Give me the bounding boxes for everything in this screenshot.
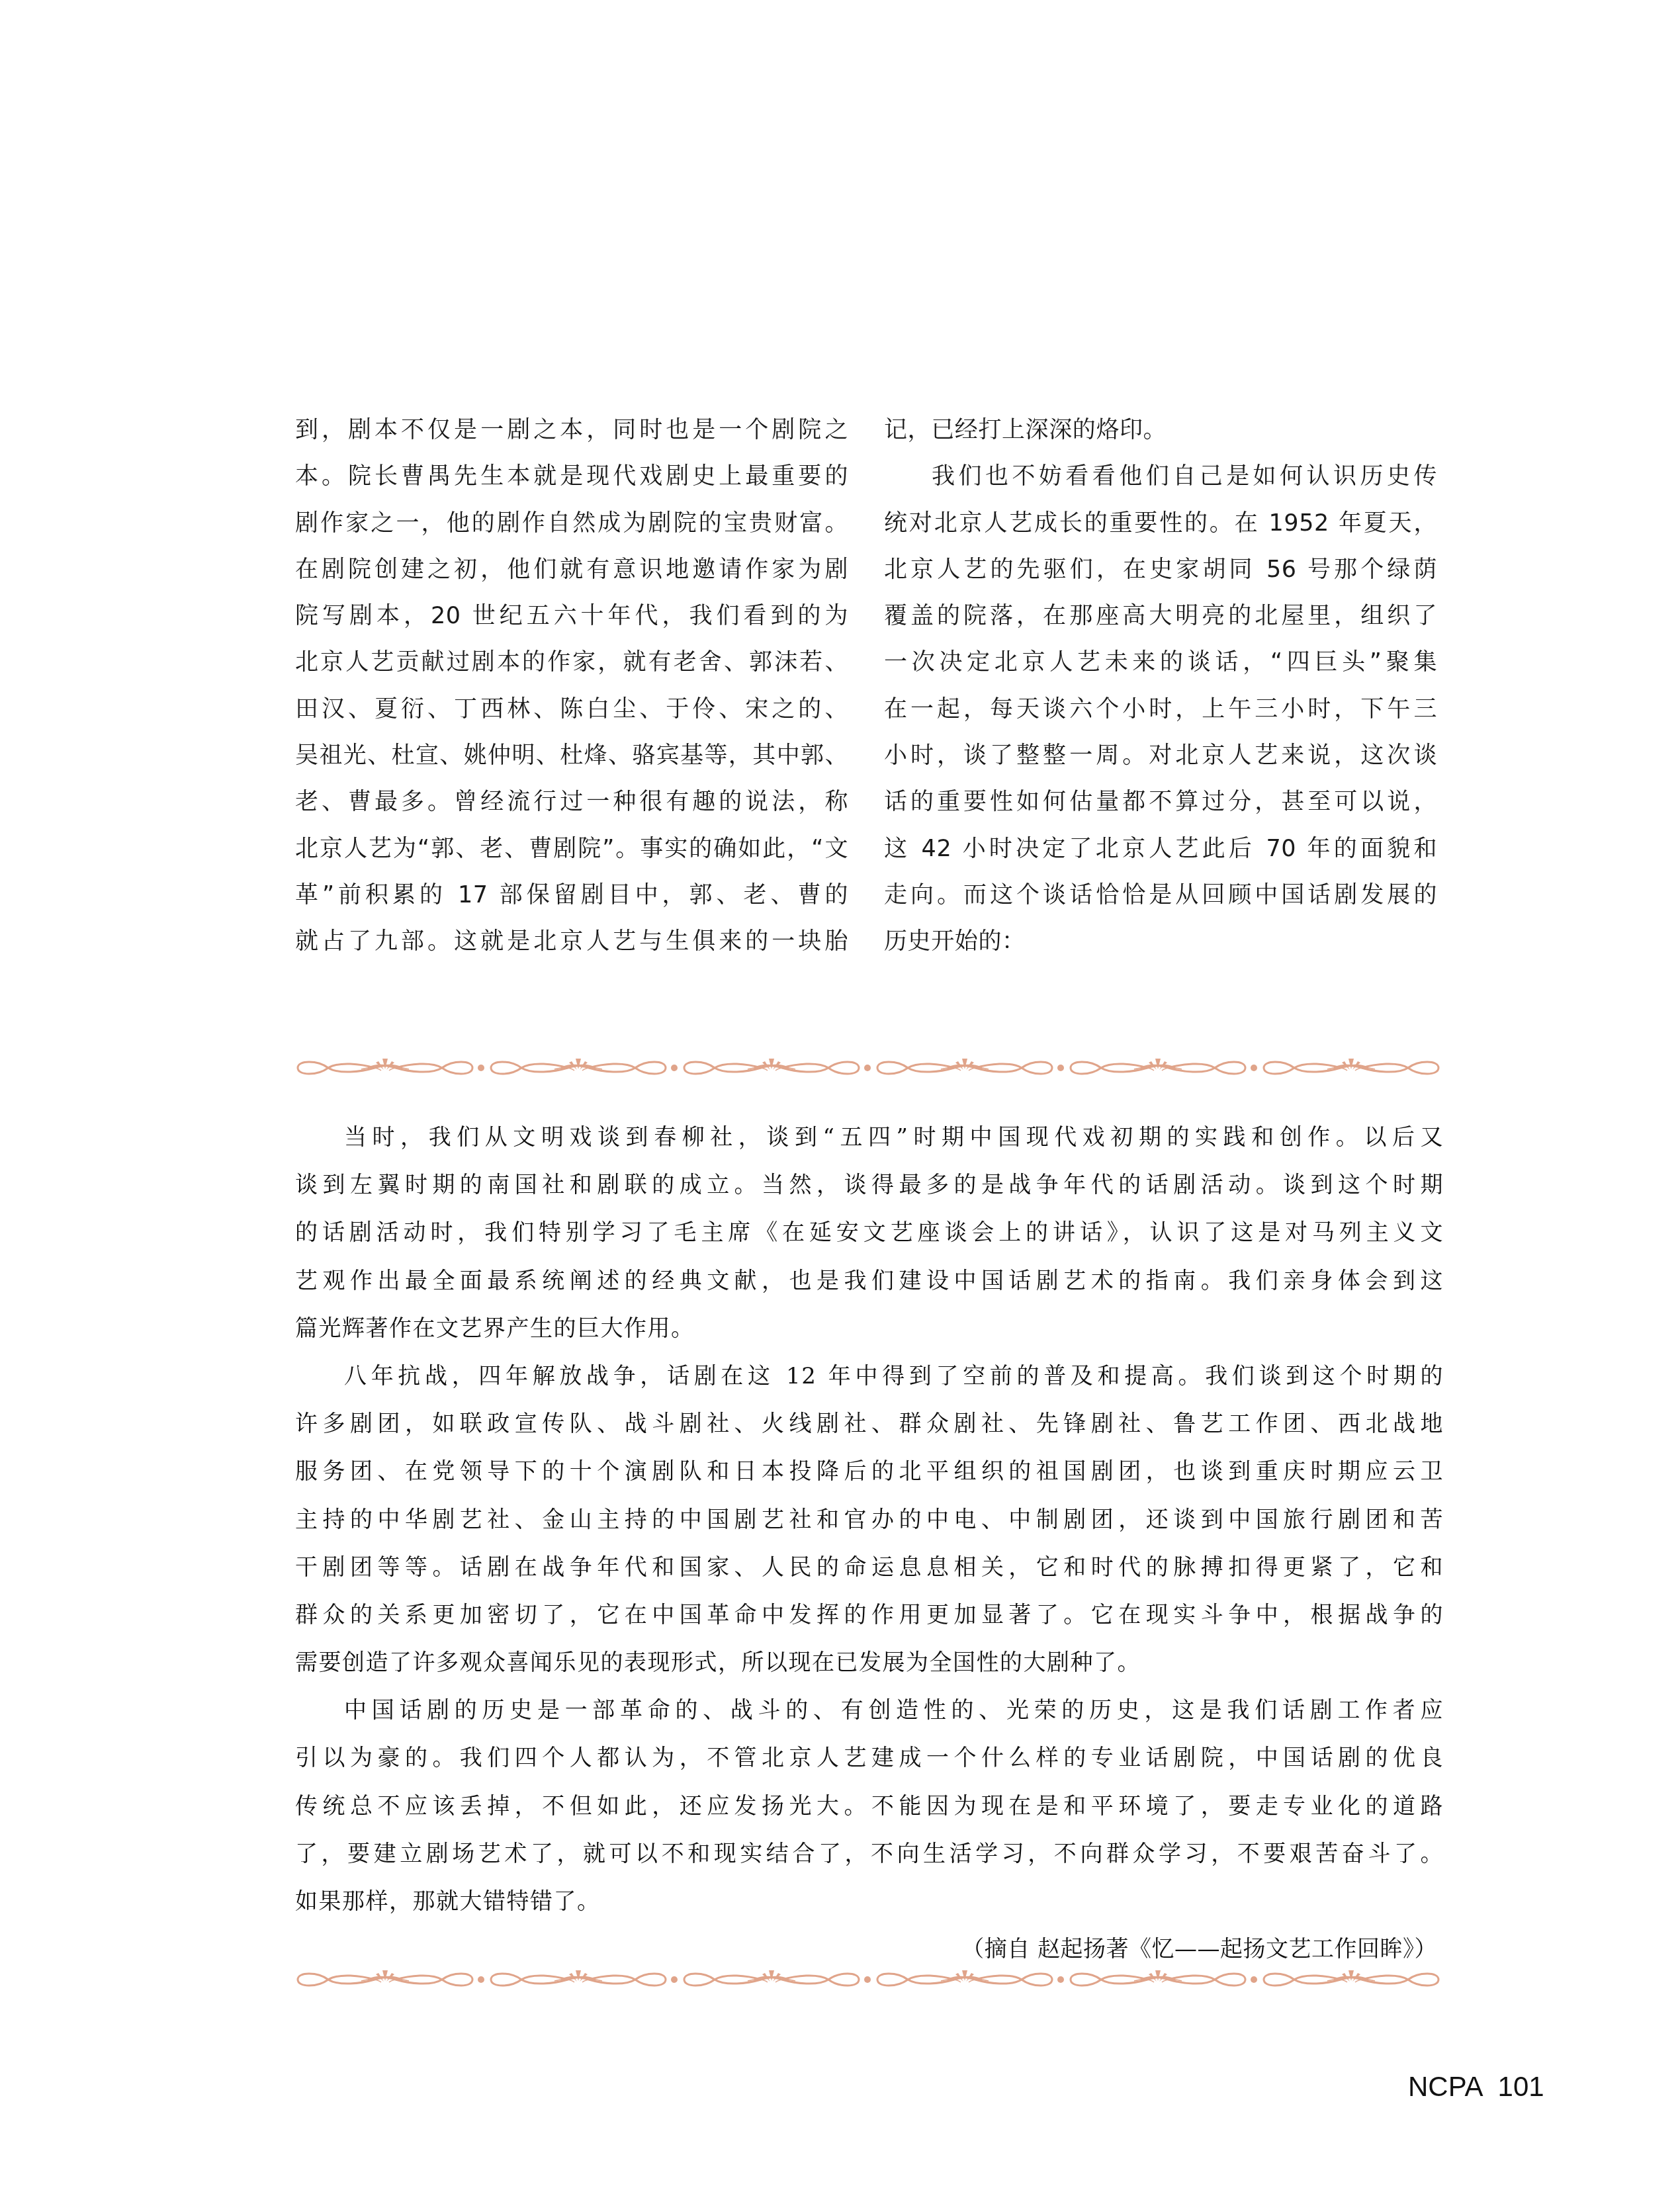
text-line: 许多剧团，如联政宣传队、战斗剧社、火线剧社、群众剧社、先锋剧社、鲁艺工作团、西北…: [295, 1405, 1444, 1452]
text-line: 主持的中华剧艺社、金山主持的中国剧艺社和官办的中电、中制剧团，还谈到中国旅行剧团…: [295, 1501, 1444, 1548]
magazine-page: 到，剧本不仅是一剧之本，同时也是一个剧院之 本。院长曹禺先生本就是现代戏剧史上最…: [0, 0, 1680, 2188]
text-line: 北京人艺的先驱们，在史家胡同 56 号那个绿荫: [884, 551, 1437, 597]
text-line: 一次决定北京人艺未来的谈话，“四巨头”聚集: [884, 644, 1437, 690]
text-line: 如果那样，那就大错特错了。: [295, 1882, 1444, 1930]
text-line: 北京人艺为“郭、老、曹剧院”。事实的确如此，“文: [295, 830, 848, 877]
paragraph-first-line: 我们也不妨看看他们自己是如何认识历史传: [884, 458, 1437, 504]
text-line: 在一起，每天谈六个小时，上午三小时，下午三: [884, 691, 1437, 737]
text-line: 小时，谈了整整一周。对北京人艺来说，这次谈: [884, 737, 1437, 783]
text-line: 的话剧活动时，我们特别学习了毛主席《在延安文艺座谈会上的讲话》，认识了这是对马列…: [295, 1213, 1444, 1261]
text-line: 本。院长曹禺先生本就是现代戏剧史上最重要的: [295, 458, 848, 504]
text-line: 记，已经打上深深的烙印。: [884, 412, 1437, 458]
text-line: 引以为豪的。我们四个人都认为，不管北京人艺建成一个什么样的专业话剧院，中国话剧的…: [295, 1739, 1444, 1786]
text-line: 干剧团等等。话剧在战争年代和国家、人民的命运息息相关，它和时代的脉搏扣得更紧了，…: [295, 1548, 1444, 1596]
text-line: 北京人艺贡献过剧本的作家，就有老舍、郭沫若、: [295, 644, 848, 690]
ornamental-flourish-divider-icon: [295, 1056, 1444, 1077]
text-line: 到，剧本不仅是一剧之本，同时也是一个剧院之: [295, 412, 848, 458]
paragraph-first-line: 中国话剧的历史是一部革命的、战斗的、有创造性的、光荣的历史，这是我们话剧工作者应: [295, 1691, 1444, 1739]
text-line: 剧作家之一，他的剧作自然成为剧院的宝贵财富。: [295, 505, 848, 551]
ornamental-flourish-divider-icon: [295, 1968, 1444, 1989]
ornamental-divider-bottom: [295, 1968, 1444, 1989]
quote-paragraph-2: 八年抗战，四年解放战争，话剧在这 12 年中得到了空前的普及和提高。我们谈到这个…: [295, 1357, 1444, 1691]
text-line: 老、曹最多。曾经流行过一种很有趣的说法，称: [295, 783, 848, 830]
text-line: 院写剧本，20 世纪五六十年代，我们看到的为: [295, 597, 848, 644]
paragraph-first-line: 当时，我们从文明戏谈到春柳社，谈到“五四”时期中国现代戏初期的实践和创作。以后又: [295, 1118, 1444, 1166]
article-right-column: 记，已经打上深深的烙印。 我们也不妨看看他们自己是如何认识历史传 统对北京人艺成…: [884, 412, 1437, 970]
page-number: 101: [1498, 2071, 1544, 2102]
text-line: 走向。而这个谈话恰恰是从回顾中国话剧发展的: [884, 877, 1437, 923]
text-line: 田汉、夏衍、丁西林、陈白尘、于伶、宋之的、: [295, 691, 848, 737]
text-line: 了，要建立剧场艺术了，就可以不和现实结合了，不向生活学习，不向群众学习，不要艰苦…: [295, 1835, 1444, 1882]
paragraph-first-line: 八年抗战，四年解放战争，话剧在这 12 年中得到了空前的普及和提高。我们谈到这个…: [295, 1357, 1444, 1405]
ornamental-divider-top: [295, 1056, 1444, 1077]
quoted-excerpt: 当时，我们从文明戏谈到春柳社，谈到“五四”时期中国现代戏初期的实践和创作。以后又…: [295, 1118, 1444, 1978]
text-line: 这 42 小时决定了北京人艺此后 70 年的面貌和: [884, 830, 1437, 877]
text-line: 历史开始的：: [884, 923, 1437, 969]
article-left-column: 到，剧本不仅是一剧之本，同时也是一个剧院之 本。院长曹禺先生本就是现代戏剧史上最…: [295, 412, 848, 970]
text-line: 就占了九部。这就是北京人艺与生俱来的一块胎: [295, 923, 848, 969]
quote-paragraph-1: 当时，我们从文明戏谈到春柳社，谈到“五四”时期中国现代戏初期的实践和创作。以后又…: [295, 1118, 1444, 1357]
text-line: 群众的关系更加密切了，它在中国革命中发挥的作用更加显著了。它在现实斗争中，根据战…: [295, 1596, 1444, 1643]
text-line: 统对北京人艺成长的重要性的。在 1952 年夏天，: [884, 505, 1437, 551]
text-line: 艺观作出最全面最系统阐述的经典文献，也是我们建设中国话剧艺术的指南。我们亲身体会…: [295, 1262, 1444, 1309]
text-line: 覆盖的院落，在那座高大明亮的北屋里，组织了: [884, 597, 1437, 644]
text-line: 谈到左翼时期的南国社和剧联的成立。当然，谈得最多的是战争年代的话剧活动。谈到这个…: [295, 1166, 1444, 1213]
text-line: 服务团、在党领导下的十个演剧队和日本投降后的北平组织的祖国剧团，也谈到重庆时期应…: [295, 1452, 1444, 1500]
publication-name: NCPA: [1408, 2071, 1483, 2102]
text-line: 革”前积累的 17 部保留剧目中，郭、老、曹的: [295, 877, 848, 923]
text-line: 话的重要性如何估量都不算过分，甚至可以说，: [884, 783, 1437, 830]
text-line: 在剧院创建之初，他们就有意识地邀请作家为剧: [295, 551, 848, 597]
text-line: 吴祖光、杜宣、姚仲明、杜烽、骆宾基等，其中郭、: [295, 737, 848, 783]
text-line: 需要创造了许多观众喜闻乐见的表现形式，所以现在已发展为全国性的大剧种了。: [295, 1643, 1444, 1691]
text-line: 传统总不应该丢掉，不但如此，还应发扬光大。不能因为现在是和平环境了，要走专业化的…: [295, 1787, 1444, 1835]
page-folio: NCPA101: [1408, 2071, 1544, 2103]
text-line: 篇光辉著作在文艺界产生的巨大作用。: [295, 1309, 1444, 1357]
quote-paragraph-3: 中国话剧的历史是一部革命的、战斗的、有创造性的、光荣的历史，这是我们话剧工作者应…: [295, 1691, 1444, 1930]
